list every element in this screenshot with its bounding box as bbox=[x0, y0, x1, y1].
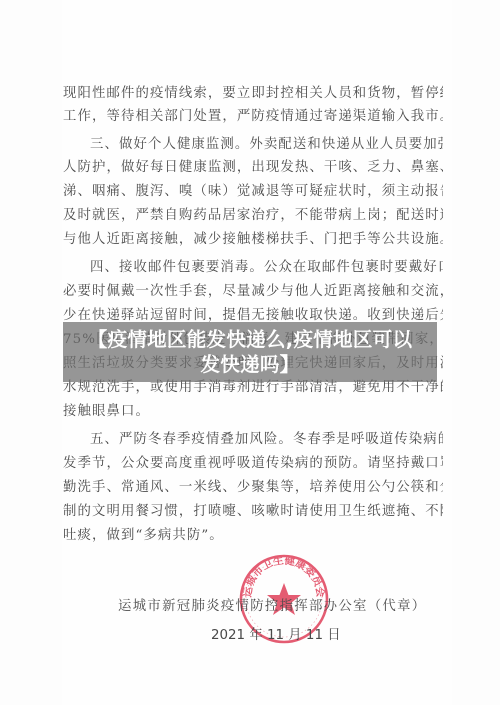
text-line: 必要时佩戴一次性手套，尽量减少与他人近距离接触和交流，减 bbox=[63, 281, 443, 303]
text-line: 现阳性邮件的疫情线索，要立即封控相关人员和货物，暂停经营 bbox=[63, 83, 443, 105]
section-heading-line: 五、严防冬春季疫情叠加风险。冬春季是呼吸道传染病的高 bbox=[63, 429, 443, 451]
text-line: 涕、咽痛、腹泻、嗅（味）觉减退等可疑症状时，须主动报告、 bbox=[63, 181, 443, 203]
text-line: 接触眼鼻口。 bbox=[63, 401, 443, 423]
text-line: 及时就医，严禁自购药品居家治疗，不能带病上岗；配送时避免 bbox=[63, 205, 443, 227]
text-line: 工作，等待相关部门处置，严防疫情通过寄递渠道输入我市。 bbox=[63, 106, 443, 128]
text-line: 勤洗手、常通风、一米线、少聚集等，培养使用公勺公筷和分餐 bbox=[63, 477, 443, 499]
banner-title-line-1: 【疫情地区能发快递么,疫情地区可以 bbox=[88, 327, 413, 352]
section-heading-line: 三、做好个人健康监测。外卖配送和快递从业人员要加强个 bbox=[63, 134, 443, 156]
text-line: 人防护，做好每日健康监测，出现发热、干咳、乏力、鼻塞、流 bbox=[63, 157, 443, 179]
title-overlay-banner: 【疫情地区能发快递么,疫情地区可以 发快递吗】 bbox=[63, 322, 437, 382]
text-line: 吐痰，做到“多病共防”。 bbox=[63, 525, 443, 547]
document-page: 现阳性邮件的疫情线索，要立即封控相关人员和货物，暂停经营 工作，等待相关部门处置… bbox=[0, 0, 500, 705]
text-line: 发季节，公众要高度重视呼吸道传染病的预防。请坚持戴口罩、 bbox=[63, 453, 443, 475]
issuer-signature: 运城市新冠肺炎疫情防控指挥部办公室（代章） bbox=[118, 597, 427, 617]
section-heading-line: 四、接收邮件包裹要消毒。公众在取邮件包裹时要戴好口罩， bbox=[63, 257, 443, 279]
banner-title-line-2: 发快递吗】 bbox=[200, 352, 299, 377]
issue-date: 2021 年 11 月 11 日 bbox=[211, 626, 341, 646]
text-line: 与他人近距离接触，减少接触楼梯扶手、门把手等公共设施。 bbox=[63, 229, 443, 251]
text-line: 制的文明用餐习惯，打喷嚏、咳嗽时请使用卫生纸遮掩、不随地 bbox=[63, 501, 443, 523]
